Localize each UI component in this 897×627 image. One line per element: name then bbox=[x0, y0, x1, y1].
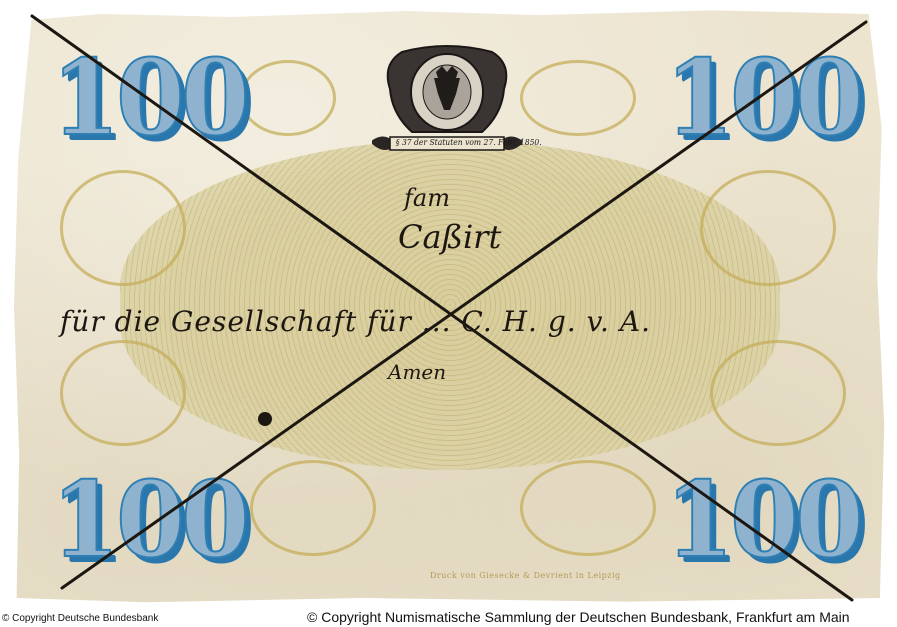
cancellation-cross-lines bbox=[0, 0, 897, 627]
copyright-right: © Copyright Numismatische Sammlung der D… bbox=[307, 609, 850, 625]
copyright-left: © Copyright Deutsche Bundesbank bbox=[2, 613, 158, 624]
